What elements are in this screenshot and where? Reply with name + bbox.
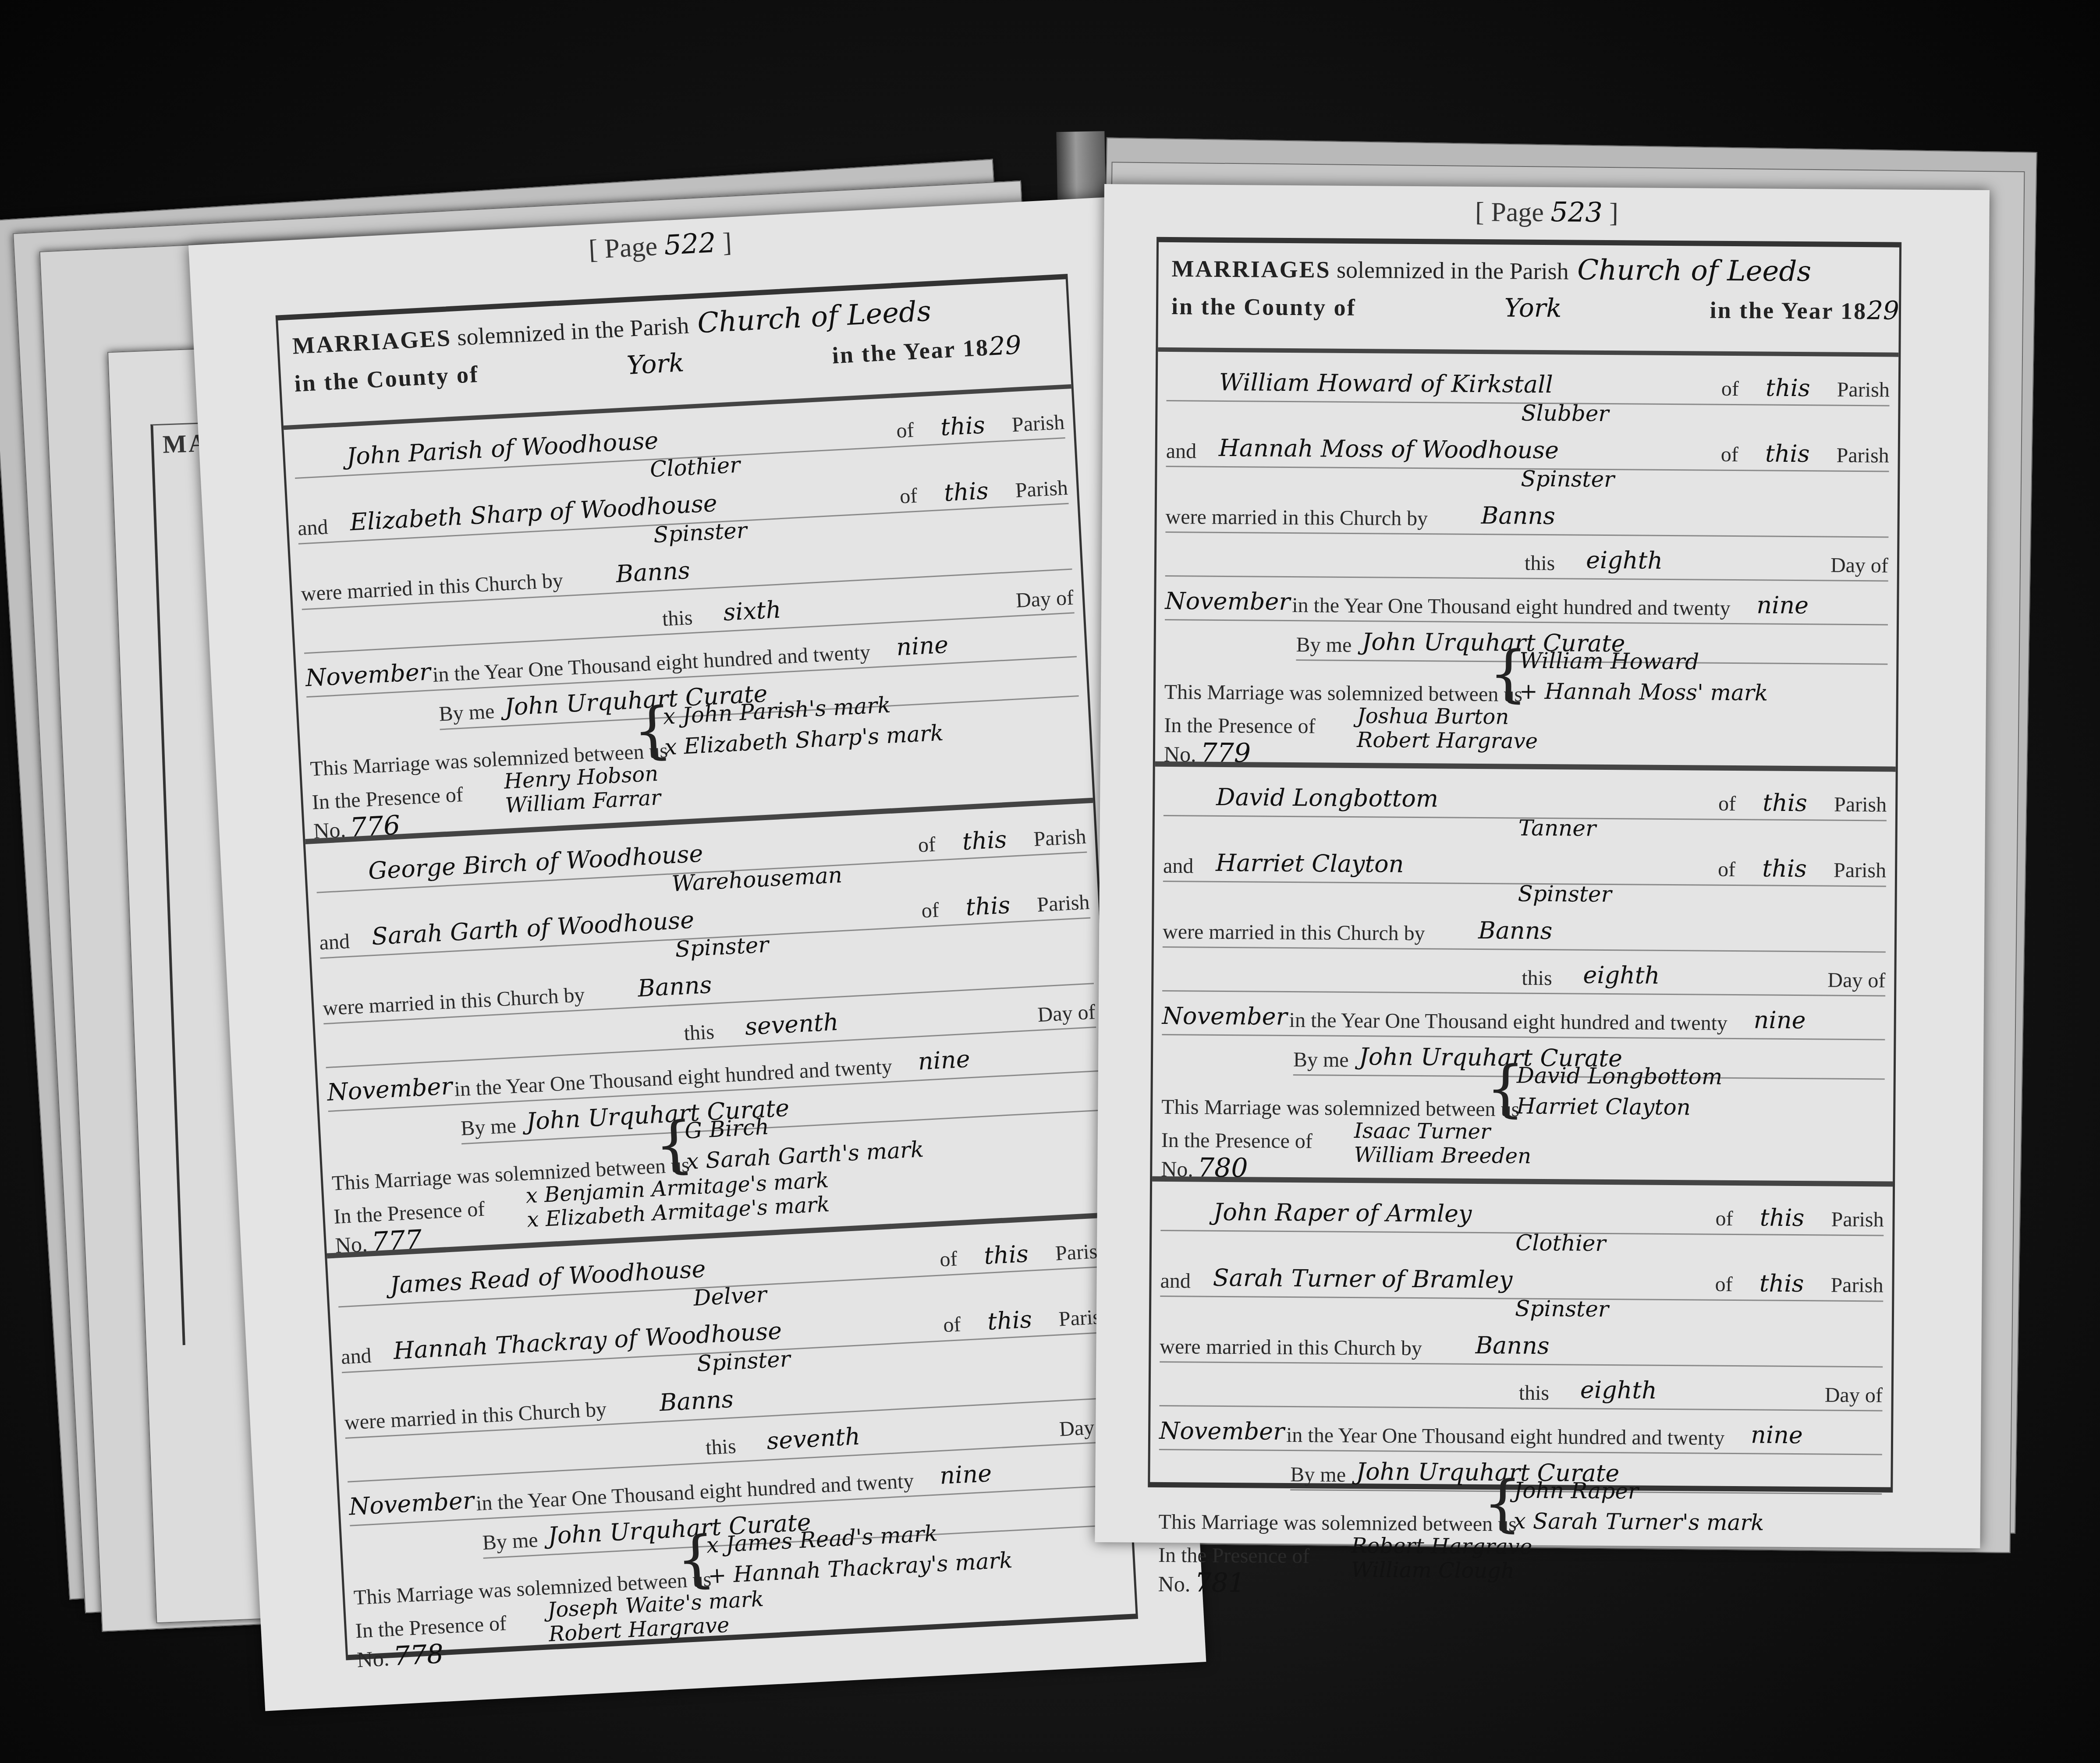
year-suffix: 29 — [1867, 295, 1899, 326]
banns-row: were married in this Church by Banns — [1160, 1322, 1883, 1368]
year-label: in the Year 18 — [831, 334, 990, 369]
county-label: in the County of — [294, 361, 479, 397]
month-year-row: November in the Year One Thousand eight … — [1159, 1409, 1883, 1455]
groom-occupation: Tanner — [1518, 815, 1596, 841]
witness-2: William Clough — [1351, 1558, 1515, 1583]
married-by: Banns — [1475, 1331, 1550, 1359]
groom-occupation: Delver — [693, 1282, 767, 1311]
marriage-day: eighth — [1583, 961, 1660, 989]
marriage-entry: George Birch of Woodhouse of this Parish… — [305, 803, 1115, 1259]
year-word: nine — [939, 1459, 993, 1490]
groom-parish: this — [962, 1239, 1051, 1271]
marriage-day: seventh — [744, 1008, 839, 1041]
day-row: this eighth Day of — [1165, 536, 1889, 582]
signature-2: + Hannah Moss' mark — [1519, 679, 1768, 706]
year-suffix: 29 — [988, 330, 1022, 361]
signature-1: David Longbottom — [1517, 1063, 1723, 1090]
entry-number: No.781 — [1158, 1567, 1245, 1598]
groom-name: John Parish of Woodhouse — [346, 427, 659, 471]
day-row: this eighth Day of — [1160, 1366, 1883, 1412]
entry-number-value: 780 — [1198, 1153, 1248, 1184]
entry-number-value: 778 — [393, 1639, 444, 1672]
signature-1: John Raper — [1514, 1478, 1639, 1504]
bride-occupation: Spinster — [1521, 466, 1614, 492]
bride-occupation: Spinster — [653, 517, 748, 548]
witness-1: Joshua Burton — [1357, 704, 1509, 729]
bride-row: and Sarah Turner of Bramley of this Pari… — [1160, 1256, 1884, 1302]
marriage-month: November — [1165, 587, 1290, 616]
page-number: 522 — [663, 227, 717, 261]
bride-parish: this — [1744, 439, 1831, 467]
bride-parish: this — [922, 476, 1011, 508]
groom-parish: this — [1738, 1204, 1826, 1232]
marriage-month: November — [348, 1487, 475, 1521]
groom-row: David Longbottom of this Parish — [1164, 775, 1887, 821]
church-name: Church of Leeds — [696, 295, 932, 340]
groom-parish: this — [919, 410, 1007, 442]
bride-occupation: Spinster — [696, 1346, 791, 1377]
groom-parish: this — [1741, 789, 1829, 817]
signature-1: G Birch — [684, 1114, 770, 1143]
year-word: nine — [1753, 1006, 1806, 1034]
register-page-left: [ Page 522 ] MARRIAGES solemnized in the… — [188, 196, 1206, 1711]
groom-name: William Howard of Kirkstall — [1219, 368, 1553, 398]
witness-1: Robert Hargrave — [1351, 1533, 1532, 1559]
signature-1: William Howard — [1519, 648, 1699, 675]
marriage-register-form: MARRIAGES solemnized in the Parish Churc… — [1148, 237, 1901, 1493]
bride-occupation: Spinster — [1518, 881, 1612, 907]
entry-number-value: 779 — [1200, 738, 1251, 769]
marriage-day: eighth — [1580, 1376, 1657, 1404]
register-page-right: [ Page 523 ] MARRIAGES solemnized in the… — [1095, 184, 1990, 1548]
married-by: Banns — [1478, 917, 1553, 945]
page-number: 523 — [1550, 196, 1603, 228]
groom-name: George Birch of Woodhouse — [368, 839, 704, 885]
bride-occupation: Spinster — [674, 932, 769, 962]
witness-2: Robert Hargrave — [1357, 728, 1538, 754]
year-label: in the Year 18 — [1710, 297, 1867, 325]
witness-1: Isaac Turner — [1354, 1119, 1490, 1144]
bride-parish: this — [1741, 854, 1828, 882]
year-word: nine — [896, 631, 949, 661]
form-title-bold: MARRIAGES — [1171, 255, 1330, 283]
form-title-bold: MARRIAGES — [292, 325, 452, 359]
entry-number: No.780 — [1161, 1152, 1248, 1183]
married-by: Banns — [659, 1385, 734, 1417]
married-by: Banns — [615, 556, 691, 588]
marriage-day: eighth — [1586, 546, 1663, 574]
marriage-day: seventh — [766, 1423, 861, 1455]
page-number-header: [ Page 523 ] — [1104, 193, 1989, 231]
entry-number-value: 776 — [349, 810, 401, 843]
bride-occupation: Spinster — [1515, 1296, 1609, 1322]
bride-parish: this — [944, 890, 1032, 922]
form-title-rest: solemnized in the Parish — [1337, 257, 1569, 285]
marriage-month: November — [326, 1072, 453, 1106]
year-word: nine — [917, 1045, 971, 1075]
marriage-entry: David Longbottom of this Parish Tanner a… — [1152, 767, 1896, 1187]
bride-name: Sarah Garth of Woodhouse — [371, 906, 695, 950]
bride-parish: this — [965, 1304, 1054, 1336]
entries: John Parish of Woodhouse of this Parish … — [284, 389, 1136, 1667]
marriage-month: November — [305, 658, 431, 692]
marriage-entry: John Parish of Woodhouse of this Parish … — [284, 389, 1093, 844]
marriage-entry: William Howard of Kirkstall of this Pari… — [1155, 352, 1899, 772]
entry-number-value: 781 — [1195, 1568, 1245, 1599]
witness-2: William Breeden — [1354, 1143, 1531, 1168]
groom-name: John Raper of Armley — [1213, 1198, 1472, 1228]
groom-parish: this — [940, 825, 1029, 857]
banns-row: were married in this Church by Banns — [1163, 907, 1886, 953]
marriage-day: sixth — [723, 595, 782, 626]
month-year-row: November in the Year One Thousand eight … — [1162, 995, 1885, 1041]
signature-2: x Sarah Turner's mark — [1514, 1508, 1764, 1536]
entry-number: No.779 — [1164, 737, 1251, 768]
bride-name: Sarah Turner of Bramley — [1213, 1264, 1512, 1294]
year-word: nine — [1756, 591, 1809, 619]
entry-number-value: 777 — [371, 1224, 422, 1257]
month-year-row: November in the Year One Thousand eight … — [1165, 580, 1888, 626]
bride-parish: this — [1738, 1269, 1825, 1297]
year-word: nine — [1751, 1421, 1803, 1449]
married-by: Banns — [637, 971, 713, 1002]
groom-name: David Longbottom — [1216, 783, 1438, 813]
groom-parish: this — [1744, 374, 1832, 402]
banns-row: were married in this Church by Banns — [1165, 492, 1889, 538]
marriage-entry: James Read of Woodhouse of this Parish D… — [327, 1217, 1136, 1667]
church-name: Church of Leeds — [1577, 254, 1812, 288]
groom-occupation: Clothier — [1515, 1230, 1606, 1256]
marriage-month: November — [1159, 1417, 1284, 1445]
groom-row: William Howard of Kirkstall of this Pari… — [1167, 361, 1890, 407]
marriage-month: November — [1162, 1002, 1288, 1030]
entry-number: No.778 — [356, 1639, 444, 1674]
signature-2: Harriet Clayton — [1516, 1094, 1691, 1120]
form-title-rest: solemnized in the Parish — [457, 312, 690, 351]
bride-row: and Hannah Moss of Woodhouse of this Par… — [1166, 426, 1889, 472]
entries: William Howard of Kirkstall of this Pari… — [1149, 352, 1899, 1597]
groom-row: John Raper of Armley of this Parish — [1160, 1190, 1884, 1236]
marriage-register-form: MARRIAGES solemnized in the Parish Churc… — [276, 274, 1138, 1660]
bride-row: and Harriet Clayton of this Parish — [1163, 841, 1887, 887]
county-label: in the County of — [1171, 293, 1356, 321]
married-by: Banns — [1481, 502, 1556, 530]
day-row: this eighth Day of — [1162, 951, 1886, 997]
groom-occupation: Clothier — [649, 452, 741, 482]
county-value: York — [1362, 292, 1704, 324]
bride-name: Harriet Clayton — [1216, 849, 1404, 878]
marriage-entry: John Raper of Armley of this Parish Clot… — [1149, 1182, 1893, 1597]
bride-name: Hannah Moss of Woodhouse — [1219, 434, 1559, 464]
groom-occupation: Slubber — [1521, 400, 1609, 426]
form-heading: MARRIAGES solemnized in the Parish Churc… — [1158, 242, 1899, 357]
groom-name: James Read of Woodhouse — [389, 1255, 706, 1299]
